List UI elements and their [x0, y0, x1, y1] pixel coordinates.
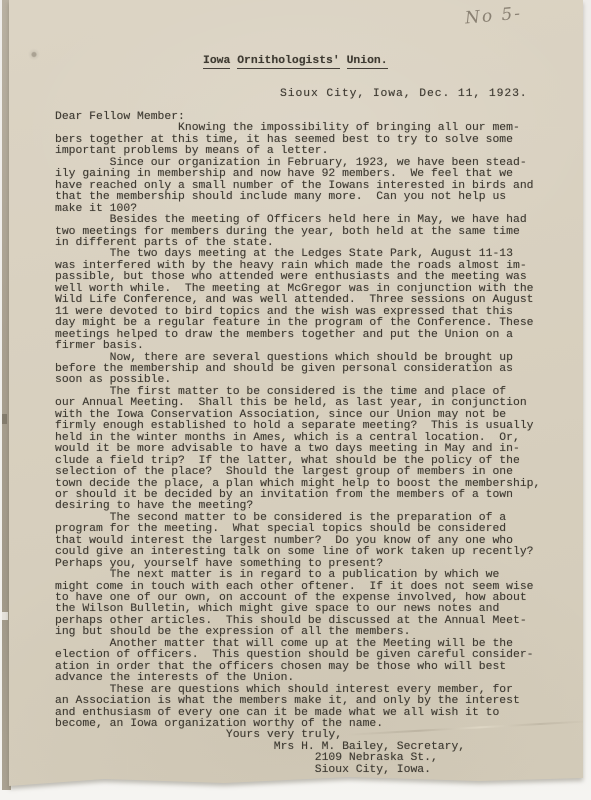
title-word: Iowa	[203, 55, 230, 69]
scanned-letter-document: No 5- Iowa Ornithologists' Union. Sioux …	[0, 0, 591, 800]
letter-title: Iowa Ornithologists' Union.	[203, 55, 388, 67]
letter-page: No 5- Iowa Ornithologists' Union. Sioux …	[9, 0, 583, 792]
letter-dateline: Sioux City, Iowa, Dec. 11, 1923.	[280, 88, 528, 100]
paper-blemish	[26, 47, 42, 62]
paper-shadow-wrap: No 5- Iowa Ornithologists' Union. Sioux …	[0, 0, 591, 800]
handwritten-page-number: No 5-	[464, 4, 523, 29]
letter-body: Dear Fellow Member: Knowing the impossib…	[55, 112, 540, 776]
title-word: Ornithologists'	[237, 55, 340, 69]
title-word: Union.	[347, 55, 388, 69]
